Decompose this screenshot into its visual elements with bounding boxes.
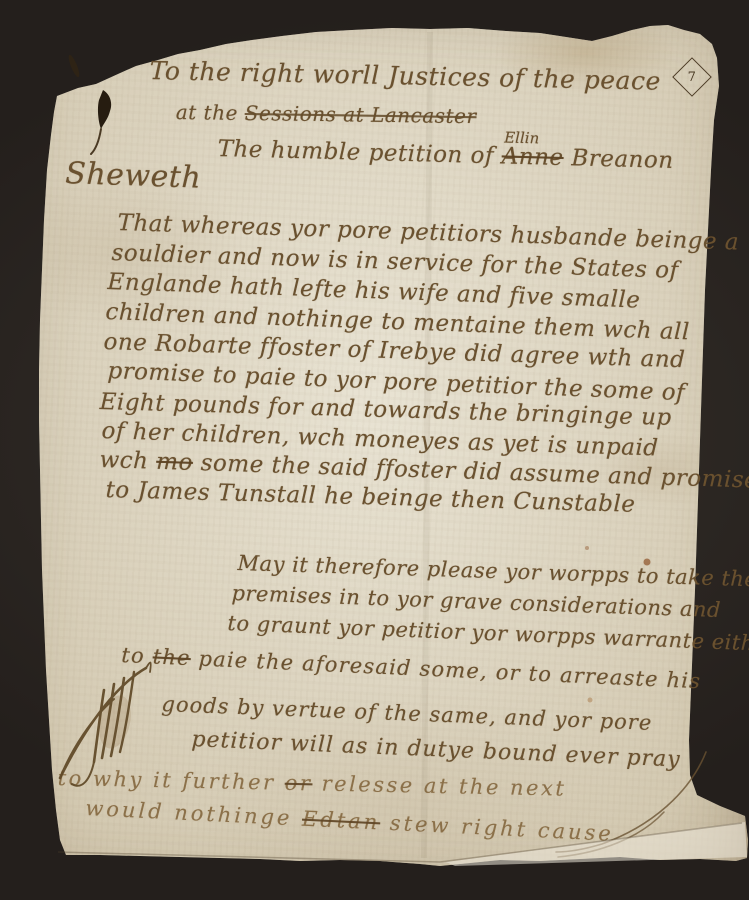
prayer-4-before: to — [121, 643, 153, 668]
heading-2-struck-text: Sessions at Lancaster — [245, 101, 477, 128]
body-9-struck: mo — [156, 449, 193, 476]
manuscript-salutation: Sheweth — [65, 156, 202, 196]
heading-2-prefix: at the — [176, 100, 245, 125]
annotation-1-before: to why it further — [57, 766, 285, 795]
archival-number: 7 — [688, 70, 696, 85]
inserted-name: Ellin — [504, 128, 539, 147]
manuscript-photo: 7 To the right worll Justices of the pea… — [0, 0, 749, 900]
body-9-before: wch — [99, 447, 156, 475]
prayer-4-struck: the — [152, 644, 191, 670]
struck-name: Anne — [501, 143, 564, 171]
petitioner-surname: Breanon — [563, 145, 674, 174]
annotation-2-struck: Edtan — [301, 807, 380, 835]
manuscript-line-heading-2: at the Sessions at Lancaster — [176, 100, 477, 128]
annotation-1-struck: or — [285, 771, 313, 796]
